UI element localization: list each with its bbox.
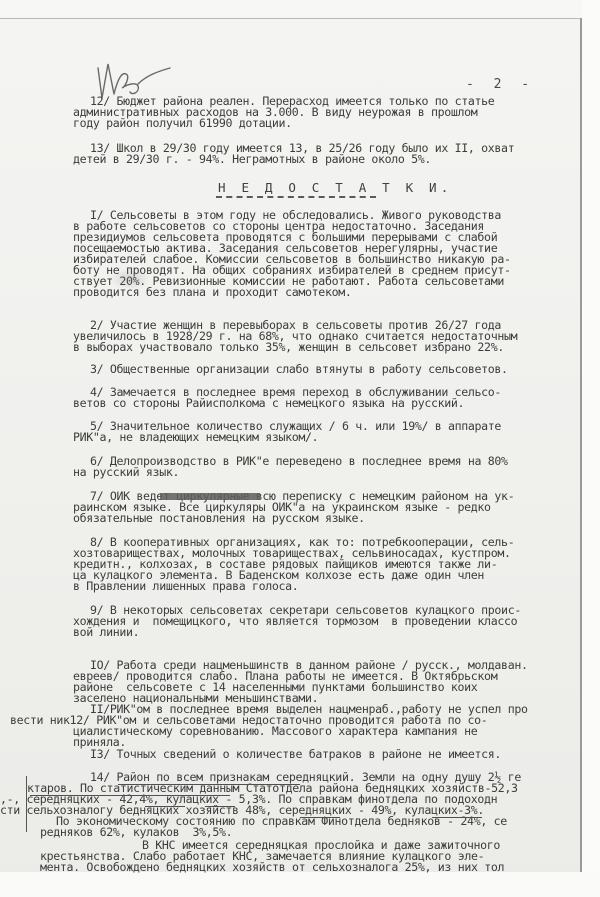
text-line: проводится без плана и проходит самотеко… xyxy=(73,287,351,298)
page-number: - 2 - xyxy=(466,77,535,92)
text-line: году район получил 61990 дотации. xyxy=(73,118,292,129)
text-line: в выборах участвовало только 35%, женщин… xyxy=(73,342,504,353)
text-line: в Правлении лишенных права голоса. xyxy=(73,581,298,592)
text-line: детей в 29/30 г. - 94%. Неграмотных в ра… xyxy=(73,154,431,165)
handwritten-underline xyxy=(30,795,230,796)
handwritten-underline xyxy=(145,806,185,807)
text-line: РИК"а, не владеющих немецким языком/. xyxy=(73,432,318,443)
scan-margin xyxy=(582,0,600,897)
text-line: вой линии. xyxy=(73,627,139,638)
handwritten-underline xyxy=(205,806,235,807)
ink-smudge xyxy=(110,268,150,290)
text-line: на русский язык. xyxy=(73,467,179,478)
text-line: редняков 62%, кулаков 3%,5%. xyxy=(40,827,232,838)
text-line: мента. Освобождено бедняцких хозяйств от… xyxy=(40,862,504,873)
text-line: I3/ Точных сведений о количестве батрако… xyxy=(90,749,501,760)
handwritten-underline xyxy=(118,784,300,785)
handwritten-underline xyxy=(300,817,340,818)
handwritten-underline xyxy=(432,817,482,818)
scan-bottom-margin xyxy=(0,872,600,897)
strikethrough-mark xyxy=(160,493,260,500)
text-line: хождения и помещицкого, что является тор… xyxy=(73,616,517,627)
text-line: ветов со стороны Райисполкома с немецког… xyxy=(73,398,464,409)
margin-mark xyxy=(26,776,27,832)
text-line: циалистическому соревнованию. Массового … xyxy=(73,726,477,737)
heading-underline xyxy=(216,196,376,198)
text-line: 3/ Общественные организации слабо втянут… xyxy=(90,364,508,375)
section-heading: Н Е Д О С Т А Т К И. xyxy=(218,180,453,195)
text-line: обязательные постановления на русском яз… xyxy=(73,513,365,524)
